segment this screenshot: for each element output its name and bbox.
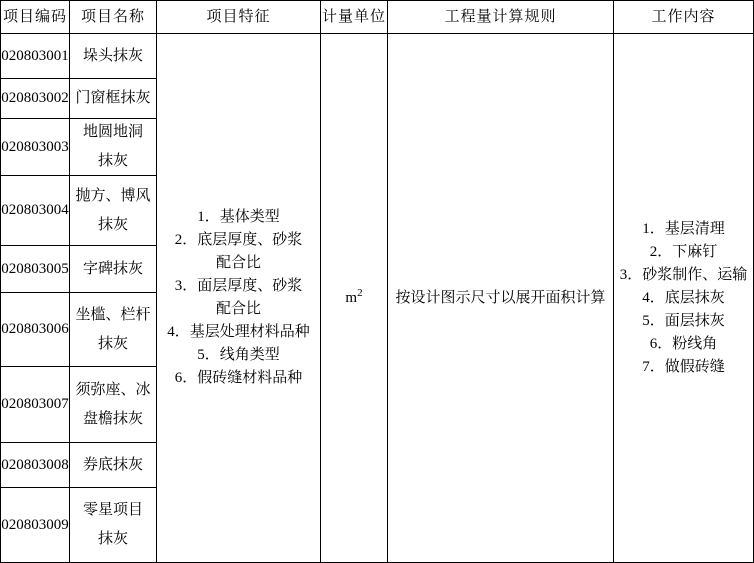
project-code: 020803007 — [1, 367, 70, 443]
feature-item: 配合比 — [216, 252, 261, 275]
feature-item: 6．假砖缝材料品种 — [175, 367, 303, 390]
project-name: 垛头抹灰 — [70, 34, 157, 79]
project-code: 020803005 — [1, 246, 70, 293]
feature-item: 4．基层处理材料品种 — [167, 321, 310, 344]
project-name: 券底抹灰 — [70, 443, 157, 488]
work-item: 5．面层抹灰 — [642, 310, 725, 333]
work-item: 3．砂浆制作、运输 — [620, 264, 748, 287]
work-item: 2．下麻钉 — [650, 241, 718, 264]
work-content-cell: 1．基层清理 2．下麻钉 3．砂浆制作、运输 4．底层抹灰 5．面层抹灰 6．粉… — [614, 34, 753, 562]
project-code: 020803006 — [1, 293, 70, 367]
column-header-project-code: 项目编码 — [1, 1, 70, 34]
work-item: 7．做假砖缝 — [642, 356, 725, 379]
unit-exponent: 2 — [357, 287, 363, 299]
unit-cell: m2 — [321, 34, 388, 562]
column-header-work-content: 工作内容 — [614, 1, 753, 34]
project-code: 020803001 — [1, 34, 70, 79]
calculation-rule-cell: 按设计图示尺寸以展开面积计算 — [388, 34, 614, 562]
project-name: 须弥座、冰 盘檐抹灰 — [70, 367, 157, 443]
feature-item: 5．线角类型 — [197, 344, 280, 367]
project-name: 字碑抹灰 — [70, 246, 157, 293]
feature-item: 3．面层厚度、砂浆 — [175, 275, 303, 298]
project-code: 020803004 — [1, 176, 70, 246]
project-name: 门窗框抹灰 — [70, 79, 157, 119]
feature-item: 配合比 — [216, 298, 261, 321]
project-code: 020803003 — [1, 119, 70, 176]
project-code: 020803009 — [1, 488, 70, 562]
spec-table: 项目编码 项目名称 项目特征 计量单位 工程量计算规则 工作内容 0208030… — [0, 0, 754, 563]
project-code: 020803002 — [1, 79, 70, 119]
column-header-unit: 计量单位 — [321, 1, 388, 34]
column-header-calculation-rule: 工程量计算规则 — [388, 1, 614, 34]
work-item: 4．底层抹灰 — [642, 287, 725, 310]
calculation-rule-text: 按设计图示尺寸以展开面积计算 — [395, 284, 605, 313]
work-item: 1．基层清理 — [642, 218, 725, 241]
column-header-project-features: 项目特征 — [157, 1, 321, 34]
project-name: 坐槛、栏杆 抹灰 — [70, 293, 157, 367]
feature-item: 2．底层厚度、砂浆 — [175, 229, 303, 252]
unit-value: m2 — [345, 284, 362, 313]
project-name: 抛方、博风 抹灰 — [70, 176, 157, 246]
project-name: 零星项目 抹灰 — [70, 488, 157, 562]
project-features-cell: 1．基体类型 2．底层厚度、砂浆 配合比 3．面层厚度、砂浆 配合比 4．基层处… — [157, 34, 321, 562]
project-name: 地圆地洞 抹灰 — [70, 119, 157, 176]
column-header-project-name: 项目名称 — [70, 1, 157, 34]
work-item: 6．粉线角 — [650, 333, 718, 356]
project-code: 020803008 — [1, 443, 70, 488]
feature-item: 1．基体类型 — [197, 206, 280, 229]
